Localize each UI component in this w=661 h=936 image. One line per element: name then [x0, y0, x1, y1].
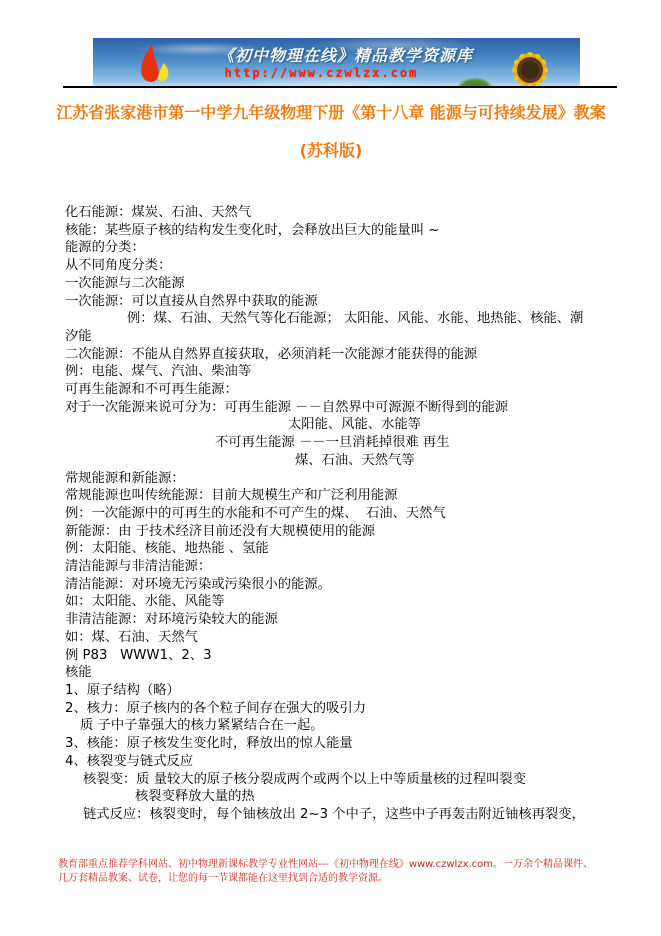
doc-line: 能源的分类： [65, 239, 631, 257]
doc-line: 例 P83 WWW1、2、3 [65, 647, 631, 665]
doc-line: 常规能源也叫传统能源：目前大规模生产和广泛利用能源 [65, 487, 631, 505]
footer-line: 几万套精品教案、试卷，让您的每一节课都能在这里找到合适的教学资源。 [58, 872, 623, 886]
document-body: 化石能源：煤炭、石油、天然气 核能：某些原子核的结构发生变化时，会释放出巨大的能… [65, 204, 631, 824]
doc-line: 煤、石油、天然气等 [65, 452, 631, 470]
banner-site-name: 《初中物理在线》精品教学资源库 [189, 43, 502, 66]
doc-line: 例：煤、石油、天然气等化石能源； 太阳能、风能、水能、地热能、核能、潮 [65, 310, 631, 328]
doc-line: 清洁能源：对环境无污染或污染很小的能源。 [65, 576, 631, 594]
banner-site-url: http://www.czwlzx.com [193, 66, 450, 80]
header-divider [63, 86, 617, 88]
doc-line: 化石能源：煤炭、石油、天然气 [65, 204, 631, 222]
doc-line: 例：一次能源中的可再生的水能和不可产生的煤、 石油、天然气 [65, 505, 631, 523]
doc-line: 质 子中子靠强大的核力紧紧结合在一起。 [65, 717, 631, 735]
doc-line: 不可再生能源 －－一旦消耗掉很难 再生 [65, 434, 631, 452]
doc-line: 非清洁能源：对环境污染较大的能源 [65, 611, 631, 629]
doc-line: 如：煤、石油、天然气 [65, 629, 631, 647]
doc-line: 二次能源：不能从自然界直接获取，必须消耗一次能源才能获得的能源 [65, 346, 631, 364]
doc-line: 4、核裂变与链式反应 [65, 753, 631, 771]
doc-line: 核裂变释放大量的热 [65, 788, 631, 806]
doc-line: 如：太阳能、水能、风能等 [65, 593, 631, 611]
doc-line: 一次能源与二次能源 [65, 275, 631, 293]
doc-line: 太阳能、风能、水能等 [65, 416, 631, 434]
document-page: 《初中物理在线》精品教学资源库 http://www.czwlzx.com [0, 0, 661, 936]
doc-line: 新能源：由 于技术经济目前还没有大规模使用的能源 [65, 523, 631, 541]
doc-line: 常规能源和新能源： [65, 470, 631, 488]
doc-line: 从不同角度分类： [65, 257, 631, 275]
footer-line: 教育部重点推荐学科网站、初中物理新课标教学专业性网站---《初中物理在线》www… [58, 858, 623, 872]
doc-line: 例：太阳能、核能、地热能 、氢能 [65, 540, 631, 558]
doc-line: 核裂变：质 量较大的原子核分裂成两个或两个以上中等质量核的过程叫裂变 [65, 771, 631, 789]
doc-line: 1、原子结构（略） [65, 682, 631, 700]
doc-line: 核能 [65, 664, 631, 682]
doc-line: 一次能源：可以直接从自然界中获取的能源 [65, 293, 631, 311]
doc-line: 核能：某些原子核的结构发生变化时，会释放出巨大的能量叫 ~ [65, 222, 631, 240]
doc-line: 对于一次能源来说可分为：可再生能源 －－自然界中可源源不断得到的能源 [65, 399, 631, 417]
doc-line: 2、核力：原子核内的各个粒子间存在强大的吸引力 [65, 700, 631, 718]
document-footer: 教育部重点推荐学科网站、初中物理新课标教学专业性网站---《初中物理在线》www… [58, 858, 623, 885]
site-banner-image: 《初中物理在线》精品教学资源库 http://www.czwlzx.com [93, 38, 580, 88]
doc-line: 例：电能、煤气、汽油、柴油等 [65, 363, 631, 381]
doc-line: 汐能 [65, 328, 631, 346]
doc-line: 清洁能源与非清洁能源： [65, 558, 631, 576]
doc-line: 链式反应：核裂变时，每个铀核放出 2~3 个中子，这些中子再轰击附近铀核再裂变， [65, 806, 631, 824]
document-title: 江苏省张家港市第一中学九年级物理下册《第十八章 能源与可持续发展》教案(苏科版) [55, 94, 607, 170]
flame-logo-icon [125, 42, 183, 86]
doc-line: 3、核能：原子核发生变化时，释放出的惊人能量 [65, 735, 631, 753]
doc-line: 可再生能源和不可再生能源： [65, 381, 631, 399]
sunflower-image [480, 38, 580, 88]
